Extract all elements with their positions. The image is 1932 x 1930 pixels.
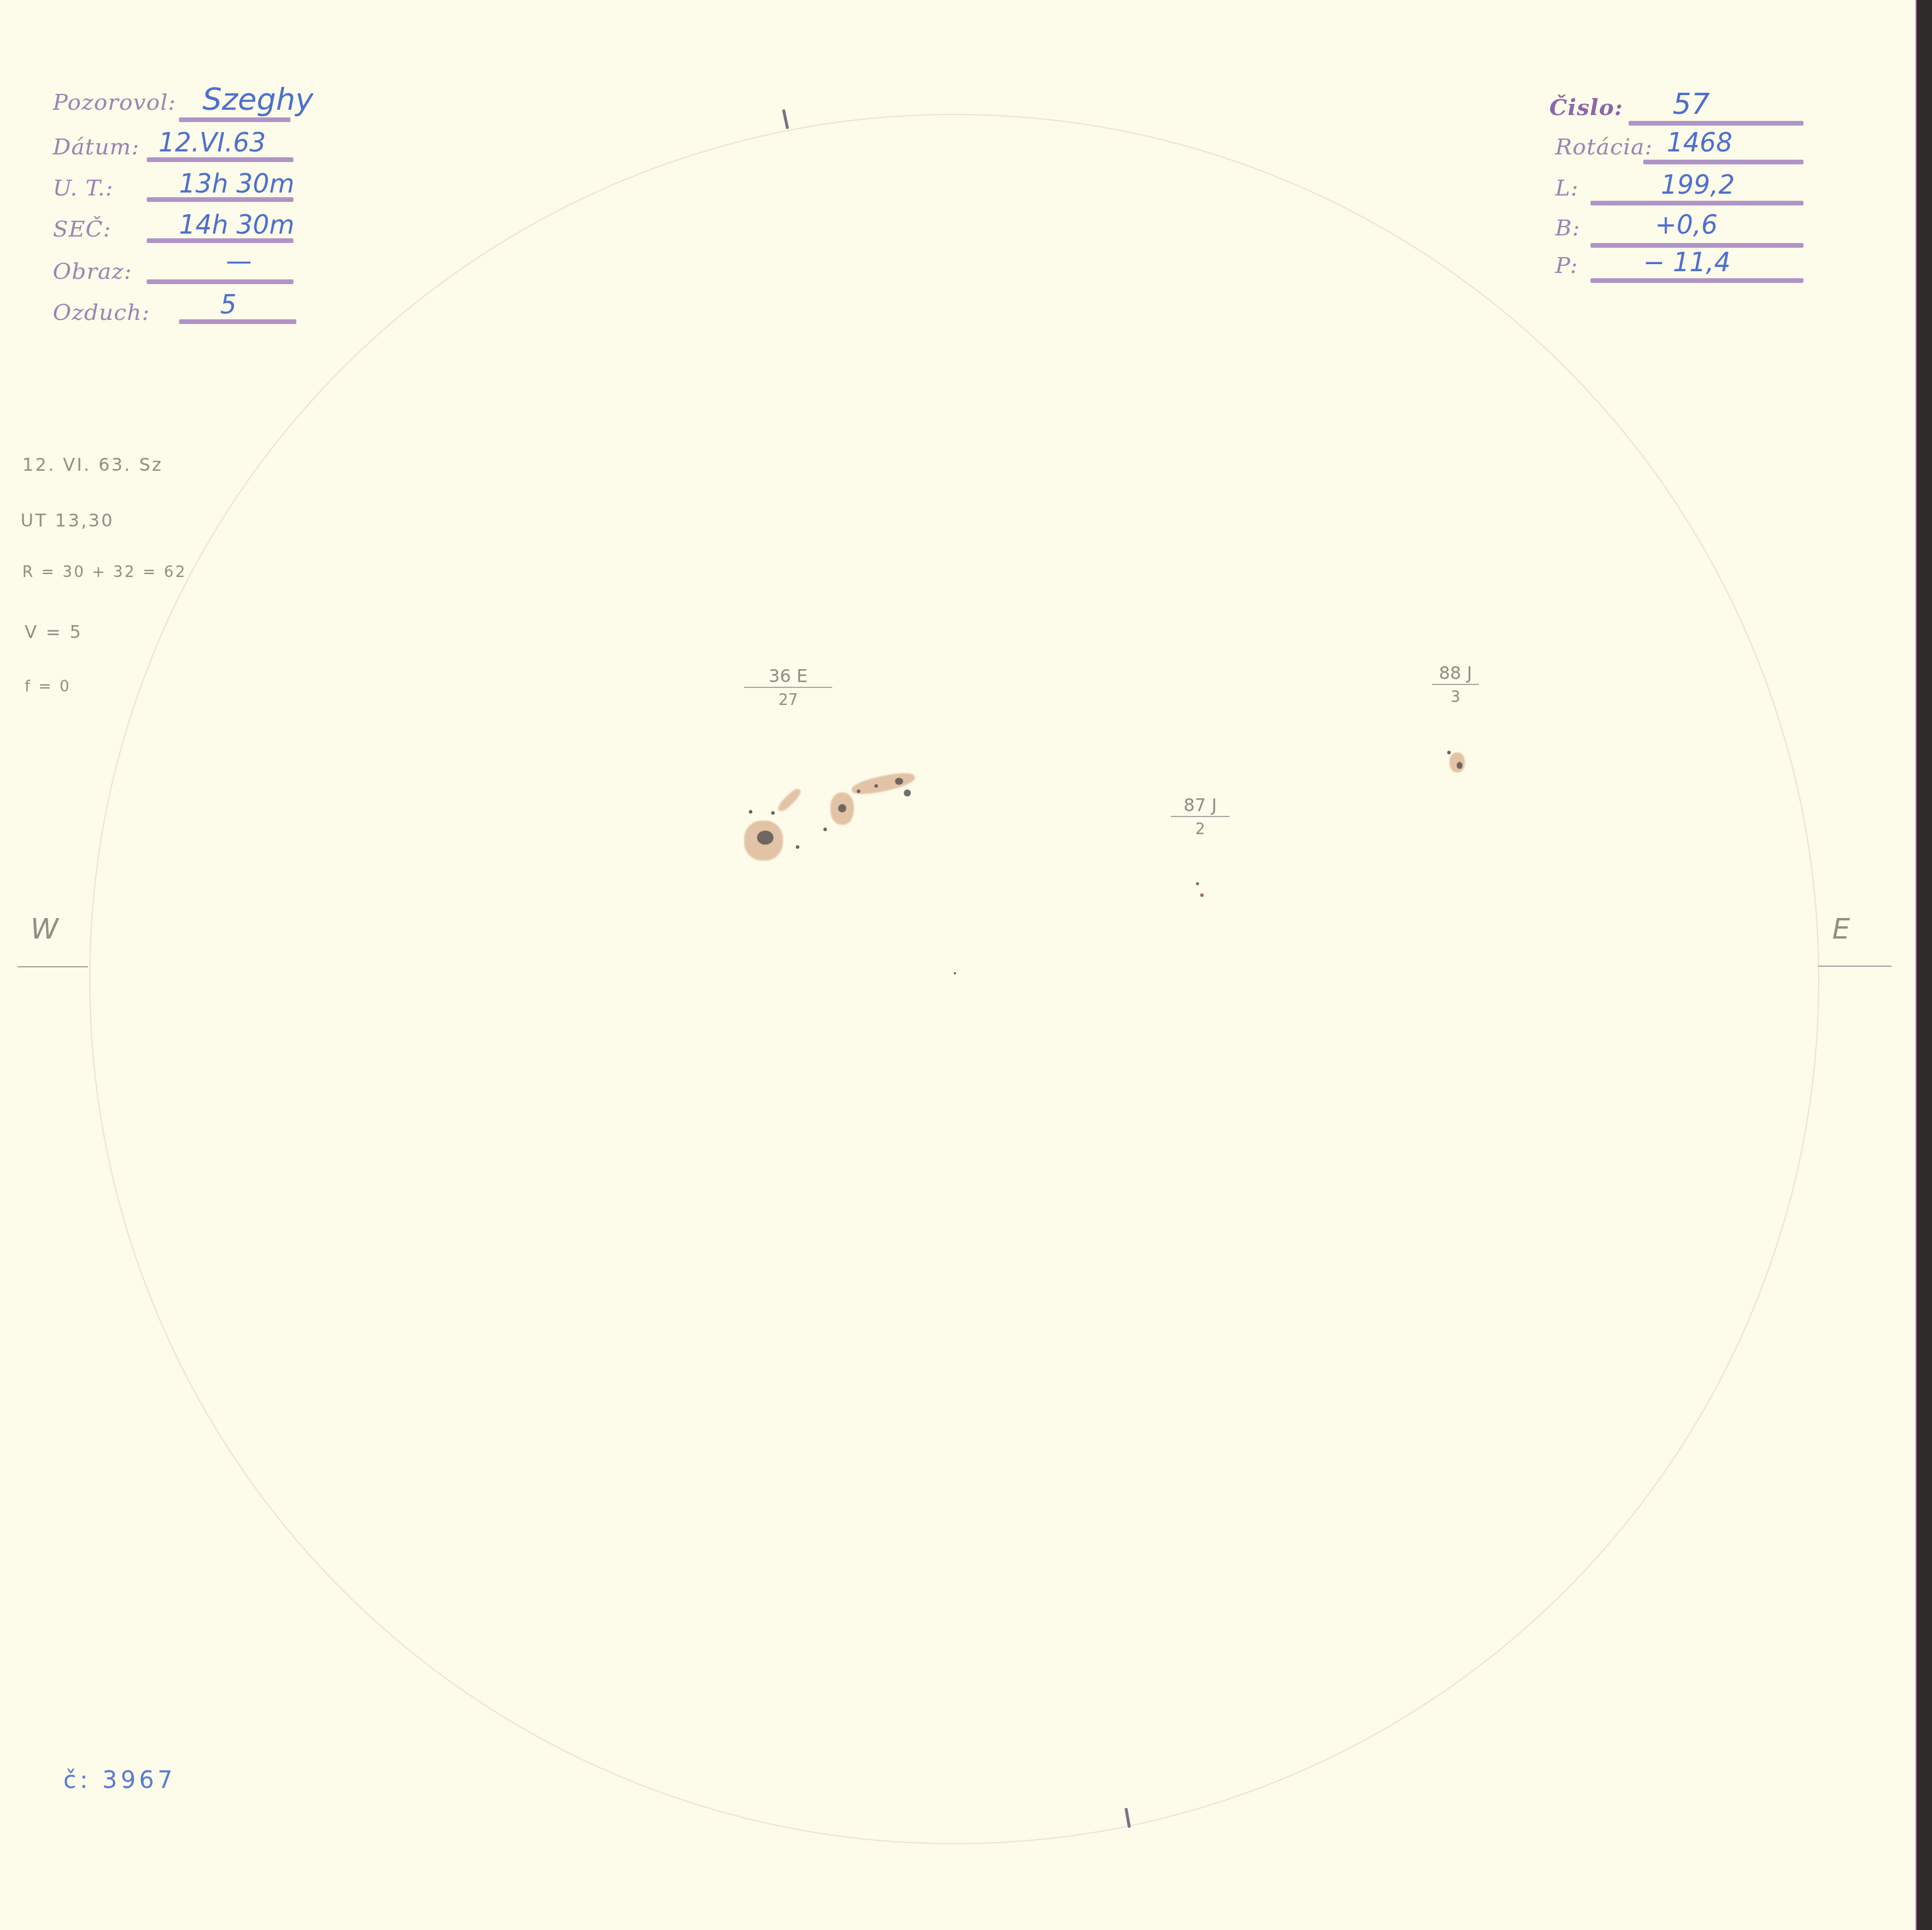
rotation-label: Rotácia: — [1555, 134, 1653, 160]
number-value: 57 — [1673, 87, 1710, 121]
umbra — [1457, 762, 1462, 769]
group-label-87J: 87 J 2 — [1171, 795, 1230, 838]
spot — [823, 828, 827, 831]
l-label: L: — [1555, 175, 1579, 201]
note-relative-number: R = 30 + 32 = 62 — [22, 564, 187, 581]
spot — [749, 810, 752, 814]
sheet-edge — [1916, 0, 1917, 1930]
archive-number: č: 3967 — [63, 1767, 176, 1794]
number-line — [1629, 121, 1803, 126]
spot — [857, 789, 860, 793]
solar-disk-outline — [89, 114, 1819, 1844]
group-count: 2 — [1171, 817, 1230, 838]
group-count: 27 — [744, 688, 832, 709]
ut-value: 13h 30m — [179, 169, 295, 199]
spot — [874, 784, 878, 788]
spot — [1447, 751, 1451, 754]
note-seeing: V = 5 — [25, 622, 83, 643]
group-count: 3 — [1432, 685, 1479, 706]
air-value: 5 — [220, 290, 237, 320]
spot — [771, 811, 775, 815]
p-line — [1590, 278, 1803, 283]
note-f: f = 0 — [25, 678, 71, 696]
image-line — [147, 279, 293, 284]
group-label-36E: 36 E 27 — [744, 666, 832, 709]
b-value: +0,6 — [1655, 210, 1718, 240]
image-label: Obraz: — [53, 258, 132, 284]
umbra — [895, 778, 903, 785]
image-value: — — [226, 247, 252, 276]
ut-label: U. T.: — [53, 175, 113, 201]
disk-center-mark — [954, 972, 956, 974]
l-line — [1590, 201, 1803, 205]
ut-line — [147, 197, 293, 202]
group-id: 36 E — [744, 666, 832, 688]
sec-value: 14h 30m — [179, 210, 295, 240]
group-id: 87 J — [1171, 795, 1230, 817]
air-label: Ozduch: — [53, 299, 150, 325]
east-line — [1818, 966, 1892, 967]
note-date: 12. VI. 63. Sz — [22, 455, 163, 475]
rotation-value: 1468 — [1667, 128, 1732, 158]
air-line — [179, 319, 296, 324]
umbra — [904, 789, 911, 797]
group-id: 88 J — [1432, 663, 1479, 685]
observer-label: Pozorovol: — [53, 89, 176, 115]
b-line — [1590, 243, 1803, 248]
observer-value: Szeghy — [202, 82, 313, 117]
date-line — [147, 157, 293, 162]
west-line — [18, 966, 88, 967]
sec-line — [147, 238, 293, 243]
date-value: 12.VI.63 — [158, 128, 266, 158]
spot — [1196, 882, 1199, 885]
umbra — [757, 831, 774, 845]
observer-line — [179, 117, 291, 122]
umbra — [838, 804, 846, 812]
west-label: W — [31, 913, 60, 946]
date-label: Dátum: — [53, 134, 140, 160]
note-ut: UT 13,30 — [21, 511, 114, 531]
sec-label: SEČ: — [53, 216, 112, 242]
north-tick — [782, 109, 789, 129]
spot — [1200, 893, 1204, 897]
l-value: 199,2 — [1661, 170, 1735, 200]
p-label: P: — [1555, 252, 1578, 278]
p-value: − 11,4 — [1643, 248, 1731, 278]
b-label: B: — [1555, 215, 1580, 241]
spot — [796, 845, 799, 849]
rotation-line — [1643, 160, 1803, 164]
east-label: E — [1832, 913, 1852, 946]
group-label-88J: 88 J 3 — [1432, 663, 1479, 706]
number-label: Čislo: — [1549, 94, 1623, 120]
observation-sheet: Pozorovol: Szeghy Dátum: 12.VI.63 U. T.:… — [0, 0, 1916, 1930]
